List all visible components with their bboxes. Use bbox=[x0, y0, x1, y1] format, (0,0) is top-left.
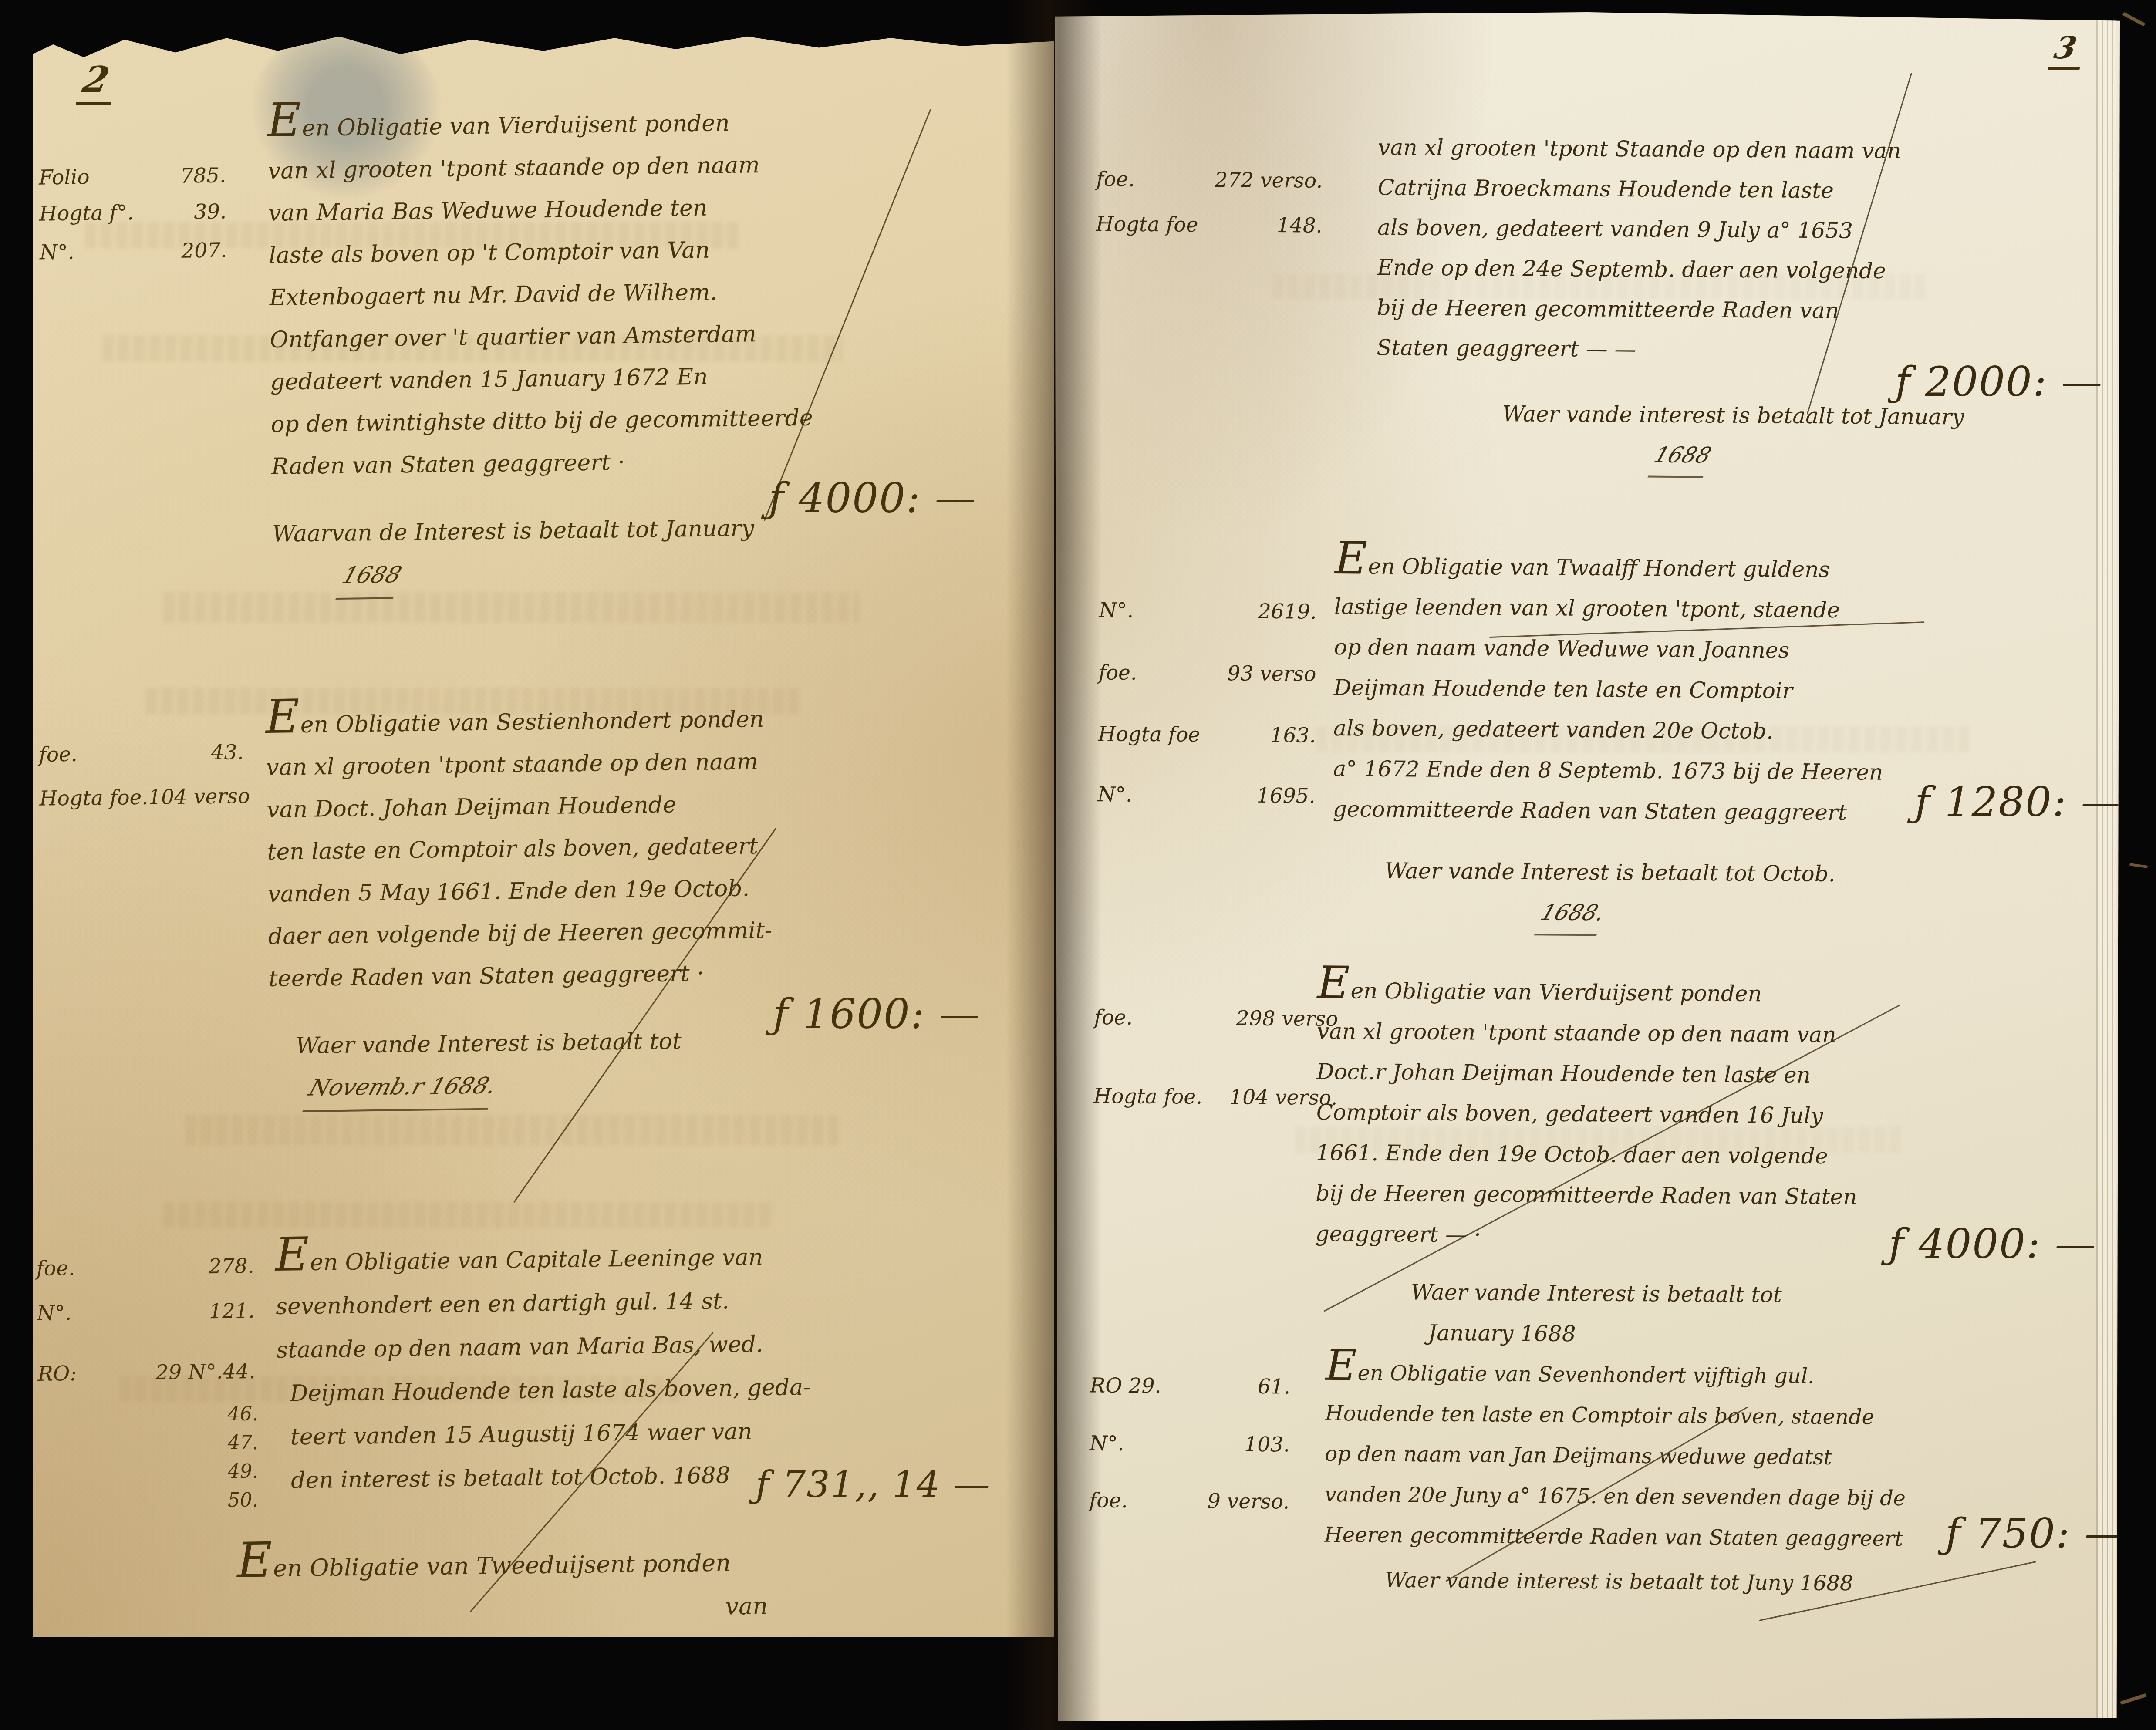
margin-number: 47. bbox=[228, 1429, 258, 1457]
margin-number: 49. bbox=[228, 1457, 258, 1486]
margin-label: N°. bbox=[1090, 1430, 1124, 1457]
margin-label: RO 29. bbox=[1090, 1372, 1161, 1399]
margin-label: N°. bbox=[1099, 597, 1134, 624]
bleedthrough-smear bbox=[163, 1202, 773, 1228]
left-page: 2 Folio 785. Hogta f°. 39. N°. 207. Een … bbox=[33, 35, 1054, 1637]
margin-value: 43. bbox=[211, 739, 243, 766]
interest-year: January 1688 bbox=[1315, 1312, 2064, 1358]
margin-number: 46. bbox=[228, 1400, 258, 1429]
margin-value: 39. bbox=[194, 198, 226, 225]
margin-label: Hogta foe. bbox=[39, 784, 148, 812]
entry-body: Een Obligatie van Vierduijsent ponden va… bbox=[267, 96, 978, 600]
entry-body: Een Obligatie van Vierduijsent ponden va… bbox=[1315, 968, 2066, 1358]
entry-line: van xl grooten 'tpont staande op den naa… bbox=[1317, 1011, 2066, 1057]
entry-line: Deijman Houdende ten laste als boven, ge… bbox=[277, 1363, 982, 1416]
margin-value: 278. bbox=[208, 1253, 254, 1280]
entry-margin: RO 29. 61. N°. 103. foe. 9 verso. bbox=[1089, 1372, 1290, 1515]
entry-body: Een Obligatie van Tweeduijsent ponden va… bbox=[237, 1535, 978, 1635]
interest-year: 1688 bbox=[273, 547, 978, 600]
margin-label: Hogta f°. bbox=[39, 199, 134, 227]
entry-line: Een Obligatie van Tweeduijsent ponden bbox=[237, 1535, 978, 1591]
entry-line: teert vanden 15 Augustij 1674 waer van bbox=[277, 1407, 983, 1459]
entry-line: Een Obligatie van Capitale Leeninge van bbox=[275, 1230, 981, 1285]
entry-margin: foe. 298 verso Hogta foe. 104 verso. bbox=[1093, 1004, 1338, 1111]
margin-label: Hogta foe bbox=[1098, 721, 1200, 748]
entry-margin: foe. 43. Hogta foe. 104 verso bbox=[39, 739, 244, 812]
margin-value: 1695. bbox=[1257, 782, 1316, 809]
entry-line: staande op den naam van Maria Bas, wed. bbox=[276, 1320, 982, 1372]
interest-year: Novemb.r 1688. bbox=[270, 1059, 976, 1113]
margin-number: 50. bbox=[228, 1486, 258, 1515]
entry-line: Deijman Houdende ten laste en Comptoir bbox=[1334, 668, 2083, 713]
margin-label: Hogta foe bbox=[1096, 211, 1198, 238]
margin-value: 61. bbox=[1258, 1373, 1290, 1400]
entry-line: op den naam vande Weduwe van Joannes bbox=[1334, 627, 2083, 673]
entry-line: Een Obligatie van Twaalff Hondert gulden… bbox=[1334, 543, 2084, 592]
bleedthrough-smear bbox=[185, 1115, 838, 1145]
amount-value: ƒ 750: — bbox=[1945, 1510, 2126, 1558]
margin-label: RO: bbox=[37, 1360, 77, 1387]
entry-line: van xl grooten 'tpont Staande op den naa… bbox=[1378, 127, 2110, 172]
entry-margin: Folio 785. Hogta f°. 39. N°. 207. bbox=[39, 162, 227, 266]
interest-year: 1688. bbox=[1332, 891, 2082, 939]
entry-body: Een Obligatie van Sevenhondert vijftigh … bbox=[1324, 1351, 2092, 1605]
interest-year: 1688 bbox=[1376, 433, 2108, 481]
margin-value: 103. bbox=[1244, 1431, 1290, 1458]
entry-body: van xl grooten 'tpont Staande op den naa… bbox=[1376, 127, 2110, 481]
page-number-left: 2 bbox=[81, 59, 116, 105]
binding-thread bbox=[2129, 863, 2148, 868]
entry-line: op den naam van Jan Deijmans weduwe geda… bbox=[1325, 1434, 2092, 1480]
interest-note: Waer vande interest is betaalt tot Juny … bbox=[1324, 1560, 2091, 1605]
binding-thread bbox=[2120, 1693, 2146, 1705]
entry-line: Doct.r Johan Deijman Houdende ten laste … bbox=[1316, 1052, 2066, 1097]
margin-value: 121. bbox=[209, 1298, 255, 1325]
margin-value: 785. bbox=[180, 162, 226, 189]
entry-line: lastige leenden van xl grooten 'tpont, s… bbox=[1334, 587, 2084, 632]
entry-line: als boven, gedateert vanden 9 July a° 16… bbox=[1377, 207, 2109, 253]
entry-margin: N°. 2619. foe. 93 verso Hogta foe 163. N… bbox=[1097, 597, 1316, 809]
interest-note: Waer vande Interest is betaalt tot bbox=[1315, 1271, 2065, 1317]
entry-line: Een Obligatie van Sestienhondert ponden bbox=[265, 692, 971, 747]
amount-value: ƒ 4000: — bbox=[1889, 1221, 2096, 1268]
margin-value: 272 verso. bbox=[1215, 167, 1323, 194]
amount-value: ƒ 4000: — bbox=[769, 475, 976, 522]
margin-label: Folio bbox=[39, 164, 90, 191]
margin-label: N°. bbox=[40, 239, 74, 266]
amount-value: ƒ 1280: — bbox=[1915, 779, 2122, 826]
entry-body: Een Obligatie van Twaalff Hondert gulden… bbox=[1332, 543, 2084, 939]
amount-value: ƒ 731,, 14 — bbox=[756, 1463, 991, 1506]
entry-line: bij de Heeren gecommitteerde Raden van bbox=[1377, 287, 2109, 333]
entry-line: 1661. Ende den 19e Octob. daer aen volge… bbox=[1316, 1133, 2065, 1178]
entry-line: als boven, gedateert vanden 20e Octob. bbox=[1333, 708, 2083, 754]
margin-number-stack: 46. 47. 49. 50. bbox=[228, 1400, 258, 1515]
margin-value: 207. bbox=[181, 237, 227, 264]
entry-line: sevenhondert een en dartigh gul. 14 st. bbox=[276, 1276, 982, 1329]
manuscript-photo: 2 Folio 785. Hogta f°. 39. N°. 207. Een … bbox=[0, 0, 2156, 1730]
entry-margin: foe. 272 verso. Hogta foe 148. bbox=[1096, 166, 1323, 239]
margin-value: 29 N°.44. bbox=[155, 1358, 256, 1386]
entry-line: Catrijna Broeckmans Houdende ten laste bbox=[1378, 167, 2110, 212]
margin-value: 104 verso bbox=[148, 783, 250, 811]
margin-label: foe. bbox=[1094, 1004, 1133, 1031]
margin-value: 148. bbox=[1277, 212, 1323, 239]
entry-body: Een Obligatie van Capitale Leeninge van … bbox=[275, 1230, 983, 1503]
entry-line: Een Obligatie van Vierduijsent ponden bbox=[1317, 968, 2066, 1016]
margin-label: N°. bbox=[1097, 782, 1132, 809]
margin-value: 2619. bbox=[1258, 598, 1317, 625]
margin-label: foe. bbox=[39, 741, 78, 768]
entry-margin: foe. 278. N°. 121. RO: 29 N°.44. bbox=[36, 1253, 256, 1387]
margin-value bbox=[116, 1360, 116, 1386]
margin-label: N°. bbox=[37, 1300, 71, 1327]
interest-note: Waer vande Interest is betaalt tot Octob… bbox=[1333, 850, 2082, 896]
margin-label: foe. bbox=[1089, 1487, 1128, 1514]
page-number-right: 3 bbox=[2052, 30, 2084, 70]
entry-line: bij de Heeren gecommitteerde Raden van S… bbox=[1316, 1173, 2065, 1219]
entry-line: Houdende ten laste en Comptoir als boven… bbox=[1325, 1393, 2092, 1439]
margin-value: 9 verso. bbox=[1208, 1488, 1290, 1515]
right-page: 3 foe. 272 verso. Hogta foe 148. van xl … bbox=[1055, 12, 2120, 1721]
entry-line: Een Obligatie van Vierduijsent ponden bbox=[267, 96, 973, 150]
catchword: van bbox=[237, 1582, 978, 1635]
margin-label: foe. bbox=[1096, 166, 1135, 193]
margin-label: Hogta foe. bbox=[1093, 1083, 1202, 1110]
entry-line: Een Obligatie van Sevenhondert vijftigh … bbox=[1325, 1351, 2092, 1399]
margin-label: foe. bbox=[1098, 659, 1137, 686]
amount-value: ƒ 2000: — bbox=[1895, 358, 2103, 406]
margin-value: 93 verso bbox=[1227, 660, 1316, 688]
margin-value: 163. bbox=[1270, 722, 1316, 749]
binding-thread bbox=[2122, 12, 2145, 26]
amount-value: ƒ 1600: — bbox=[773, 991, 981, 1038]
margin-label: foe. bbox=[36, 1255, 75, 1282]
entry-line: Ende op den 24e Septemb. daer aen volgen… bbox=[1377, 247, 2109, 293]
